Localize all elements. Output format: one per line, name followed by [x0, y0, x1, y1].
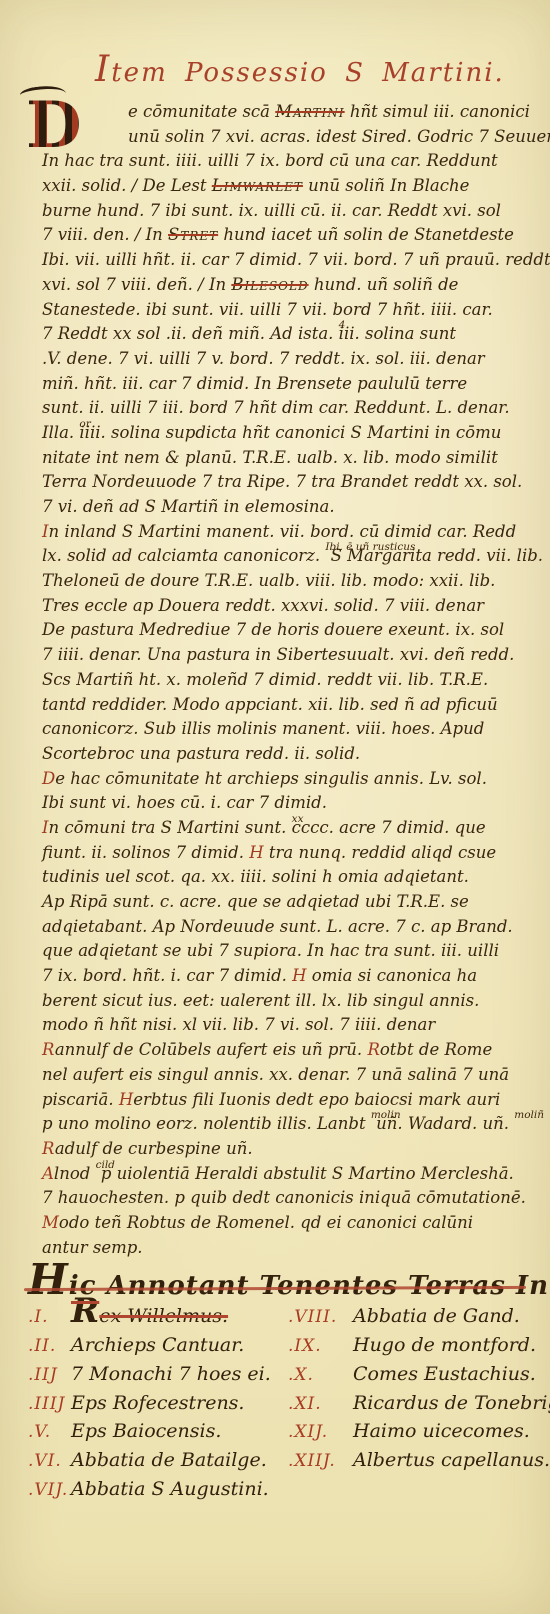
- rubricated-initial: H: [119, 1090, 133, 1109]
- text-run: modo ñ hñt nisi. xl vii. lib. 7 vi. sol.…: [42, 1015, 435, 1034]
- rubric-heading: Item Possessio S Martini.: [95, 50, 505, 90]
- manuscript-line: Stanestede. ibi sunt. vii. uilli 7 vii. …: [42, 298, 542, 323]
- rubricated-initial: H: [292, 966, 306, 985]
- text-run: unū soliñ In Blache: [303, 176, 469, 195]
- tenant-number: .XIIJ.: [288, 1452, 348, 1472]
- text-run: Illa.: [42, 423, 79, 442]
- manuscript-line: p uno molino eorz. nolentib illis. Lanbt…: [42, 1112, 542, 1137]
- text-run: e hac cōmunitate ht archieps singulis an…: [55, 769, 487, 788]
- manuscript-line: Rannulf de Colūbels aufert eis uñ prū. R…: [42, 1038, 542, 1063]
- text-run: cccc. acre 7 dimid. que: [292, 818, 486, 837]
- tenant-name: Ricardus de Tonebrige.: [353, 1393, 550, 1415]
- manuscript-line: In hac tra sunt. iiii. uilli 7 ix. bord …: [42, 149, 542, 174]
- text-run: p uiolentiā Heraldi abstulit S Martino M…: [96, 1164, 514, 1183]
- manuscript-line: que adqietant se ubi 7 supiora. In hac t…: [42, 939, 542, 964]
- large-initial: R: [71, 1291, 99, 1331]
- manuscript-line: unū solin 7 xvi. acras. idest Sired. God…: [128, 125, 542, 150]
- manuscript-line: 7 viii. den. / In Stret hund iacet uñ so…: [42, 223, 542, 248]
- text-run: Ibi. vii. uilli hñt. ii. car 7 dimid. 7 …: [42, 250, 550, 269]
- text-run: hund. uñ soliñ de: [309, 275, 459, 294]
- tenant-number: .IIIJ: [28, 1395, 66, 1415]
- text-run: Ap Ripā sunt. c. acre. que se adqietad u…: [42, 892, 469, 911]
- tenant-number: .IIJ: [28, 1366, 66, 1386]
- text-run: fiunt. ii. solinos 7 dimid.: [42, 843, 249, 862]
- text-run: n cōmuni tra S Martini sunt.: [49, 818, 292, 837]
- manuscript-line: berent sicut ius. eet: ualerent ill. lx.…: [42, 989, 542, 1014]
- text-run: burne hund. 7 ibi sunt. ix. uilli cū. ii…: [42, 201, 501, 220]
- text-run: e cōmunitate scā: [128, 102, 275, 121]
- manuscript-line: In inland S Martini manent. vii. bord. c…: [42, 520, 542, 545]
- manuscript-line: Tres eccle ap Douera reddt. xxxvi. solid…: [42, 594, 542, 619]
- tenant-name: Eps Baiocensis.: [71, 1421, 283, 1443]
- manuscript-line: e cōmunitate scā Martini hñt simul iii. …: [128, 100, 542, 125]
- text-run: xvi. sol 7 viii. deñ. / In: [42, 275, 231, 294]
- tenant-name: Abbatia de Batailge.: [71, 1450, 283, 1472]
- manuscript-line: Scortebroc una pastura redd. ii. solid.: [42, 742, 542, 767]
- manuscript-line: 7 Reddt xx sol .ii. deñ miñ. Ad ista. 4i…: [42, 322, 542, 347]
- tenant-number: .VIJ.: [28, 1481, 66, 1501]
- manuscript-line: Ap Ripā sunt. c. acre. que se adqietad u…: [42, 890, 542, 915]
- text-run: nel aufert eis singul annis. xx. denar. …: [42, 1065, 509, 1084]
- tenant-name: Albertus capellanus.: [353, 1450, 550, 1472]
- tenant-name: Eps Rofecestrens.: [71, 1393, 283, 1415]
- manuscript-line: 7 vi. deñ ad S Martiñ in elemosina.: [42, 495, 542, 520]
- text-run: Theloneū de doure T.R.E. ualb. viii. lib…: [42, 571, 495, 590]
- text-run: miñ. hñt. iii. car 7 dimid. In Brensete …: [42, 374, 467, 393]
- text-run: annulf de Colūbels aufert eis uñ prū.: [55, 1040, 368, 1059]
- manuscript-line: fiunt. ii. solinos 7 dimid. H tra nunq. …: [42, 841, 542, 866]
- manuscript-line: In cōmuni tra S Martini sunt. xxcccc. ac…: [42, 816, 542, 841]
- manuscript-line: modo ñ hñt nisi. xl vii. lib. 7 vi. sol.…: [42, 1013, 542, 1038]
- manuscript-line: 7 ix. bord. hñt. i. car 7 dimid. H omia …: [42, 964, 542, 989]
- text-run: hund iacet uñ solin de Stanetdeste: [218, 225, 514, 244]
- manuscript-line: piscariā. Herbtus fili Iuonis dedt epo b…: [42, 1088, 542, 1113]
- text-run: adqietabant. Ap Nordeuude sunt. L. acre.…: [42, 917, 513, 936]
- text-run: que adqietant se ubi 7 supiora. In hac t…: [42, 941, 499, 960]
- text-run: 7 iiii. denar. Una pastura in Sibertesuu…: [42, 645, 514, 664]
- text-run: tra nunq. reddid aliqd csue: [264, 843, 497, 862]
- text-run: lnod: [54, 1164, 96, 1183]
- manuscript-line: canonicorz. Sub illis molinis manent. vi…: [42, 717, 542, 742]
- tenant-number: .XIJ.: [288, 1423, 348, 1443]
- tenant-name: 7 Monachi 7 hoes ei.: [71, 1364, 283, 1386]
- manuscript-line: burne hund. 7 ibi sunt. ix. uilli cū. ii…: [42, 199, 542, 224]
- tenant-number: .I.: [28, 1308, 66, 1328]
- struck-place-name: Bilesold: [231, 275, 308, 294]
- manuscript-line: adqietabant. Ap Nordeuude sunt. L. acre.…: [42, 915, 542, 940]
- struck-place-name: Limwarlet: [212, 176, 303, 195]
- rubricated-initial: R: [367, 1040, 379, 1059]
- text-run: 7 viii. den. / In: [42, 225, 168, 244]
- tenant-number: .VI.: [28, 1452, 66, 1472]
- rubricated-initial: M: [42, 1213, 59, 1232]
- manuscript-line: De pastura Medrediue 7 de horis douere e…: [42, 618, 542, 643]
- tenant-name: Hugo de montford.: [353, 1335, 550, 1357]
- rubricated-initial: R: [42, 1040, 55, 1059]
- text-run: Terra Nordeuuode 7 tra Ripe. 7 tra Brand…: [42, 472, 522, 491]
- manuscript-line: Ibi. vii. uilli hñt. ii. car 7 dimid. 7 …: [42, 248, 542, 273]
- tenant-name: Haimo uicecomes.: [353, 1421, 550, 1443]
- text-run: omia si canonica ha: [307, 966, 478, 985]
- tenant-number: .IX.: [288, 1337, 348, 1357]
- text-run: canonicorz. Sub illis molinis manent. vi…: [42, 719, 484, 738]
- manuscript-line: xvi. sol 7 viii. deñ. / In Bilesold hund…: [42, 273, 542, 298]
- manuscript-line: Radulf de curbespine uñ.: [42, 1137, 542, 1162]
- text-run: 7 Reddt xx sol .ii. deñ miñ. Ad ista.: [42, 324, 339, 343]
- text-run: sunt. ii. uilli 7 iii. bord 7 hñt dim ca…: [42, 398, 510, 417]
- manuscript-line: Theloneū de doure T.R.E. ualb. viii. lib…: [42, 569, 542, 594]
- manuscript-line: nel aufert eis singul annis. xx. denar. …: [42, 1063, 542, 1088]
- rubricated-initial: R: [42, 1139, 55, 1158]
- text-run: Stanestede. ibi sunt. vii. uilli 7 vii. …: [42, 300, 493, 319]
- text-run: iiii. solina supdicta hñt canonici S Mar…: [79, 423, 501, 442]
- text-run: Scortebroc una pastura redd. ii. solid.: [42, 744, 360, 763]
- tenant-number: .X.: [288, 1366, 348, 1386]
- tenant-number: .XI.: [288, 1395, 348, 1415]
- tenant-number: .V.: [28, 1423, 66, 1443]
- tenant-name: Abbatia S Augustini.: [71, 1479, 283, 1501]
- manuscript-line: tudinis uel scot. qa. xx. iiii. solini h…: [42, 865, 542, 890]
- tenant-number: .II.: [28, 1337, 66, 1357]
- text-run: 7 ix. bord. hñt. i. car 7 dimid.: [42, 966, 292, 985]
- text-run: In hac tra sunt. iiii. uilli 7 ix. bord …: [42, 151, 498, 170]
- text-run: antur semp.: [42, 1238, 143, 1257]
- rubricated-initial: A: [42, 1164, 54, 1183]
- text-run: 7 hauochesten. p quib dedt canonicis ini…: [42, 1188, 526, 1207]
- manuscript-line: lx. solid ad calciamta canonicorz. Ibi. …: [42, 544, 542, 569]
- text-run: p uno molino eorz. nolentib illis. Lanbt: [42, 1114, 371, 1133]
- manuscript-line: Scs Martiñ ht. x. moleñd 7 dimid. reddt …: [42, 668, 542, 693]
- text-run: Tres eccle ap Douera reddt. xxxvi. solid…: [42, 596, 484, 615]
- manuscript-line: nitate int nem & planū. T.R.E. ualb. x. …: [42, 446, 542, 471]
- struck-place-name: Martini: [275, 102, 344, 121]
- tenant-name: Abbatia de Gand.: [353, 1306, 550, 1328]
- text-run: adulf de curbespine uñ.: [55, 1139, 253, 1158]
- manuscript-line: De hac cōmunitate ht archieps singulis a…: [42, 767, 542, 792]
- manuscript-line: sunt. ii. uilli 7 iii. bord 7 hñt dim ca…: [42, 396, 542, 421]
- section-heading: Hic Annotant Tenentes Terras In Chent.: [28, 1256, 533, 1304]
- text-run: tudinis uel scot. qa. xx. iiii. solini h…: [42, 867, 469, 886]
- text-run: otbt de Rome: [380, 1040, 492, 1059]
- manuscript-line: Terra Nordeuuode 7 tra Ripe. 7 tra Brand…: [42, 470, 542, 495]
- manuscript-line: miñ. hñt. iii. car 7 dimid. In Brensete …: [42, 372, 542, 397]
- text-run: .V. dene. 7 vi. uilli 7 v. bord. 7 reddt…: [42, 349, 485, 368]
- tenant-name: Comes Eustachius.: [353, 1364, 550, 1386]
- text-run: erbtus fili Iuonis dedt epo baiocsi mark…: [133, 1090, 500, 1109]
- text-run: berent sicut ius. eet: ualerent ill. lx.…: [42, 991, 479, 1010]
- text-run: unū solin 7 xvi. acras. idest Sired. God…: [128, 127, 550, 146]
- text-run: lx. solid ad calciamta canonicorz.: [42, 546, 325, 565]
- manuscript-page: Item Possessio S Martini. D e cōmunitate…: [0, 0, 550, 1614]
- manuscript-line: 7 iiii. denar. Una pastura in Sibertesuu…: [42, 643, 542, 668]
- manuscript-line: Modo teñ Robtus de Romenel. qd ei canoni…: [42, 1211, 542, 1236]
- text-run: iii. solina sunt: [339, 324, 456, 343]
- manuscript-line: .V. dene. 7 vi. uilli 7 v. bord. 7 reddt…: [42, 347, 542, 372]
- manuscript-line: Illa. oriiii. solina supdicta hñt canoni…: [42, 421, 542, 446]
- manuscript-line: xxii. solid. / De Lest Limwarlet unū sol…: [42, 174, 542, 199]
- text-run: 7 vi. deñ ad S Martiñ in elemosina.: [42, 497, 335, 516]
- tenant-number: .VIII.: [288, 1308, 348, 1328]
- text-run: xxii. solid. / De Lest: [42, 176, 212, 195]
- rubricated-initial: H: [249, 843, 263, 862]
- manuscript-line: tantd reddider. Modo appciant. xii. lib.…: [42, 693, 542, 718]
- text-run: odo teñ Robtus de Romenel. qd ei canonic…: [59, 1213, 473, 1232]
- text-run: De pastura Medrediue 7 de horis douere e…: [42, 620, 504, 639]
- manuscript-line: 7 hauochesten. p quib dedt canonicis ini…: [42, 1186, 542, 1211]
- struck-place-name: Stret: [168, 225, 218, 244]
- manuscript-line: Alnod cild p uiolentiā Heraldi abstulit …: [42, 1162, 542, 1187]
- text-run: n inland S Martini manent. vii. bord. cū…: [49, 522, 517, 541]
- text-run: tantd reddider. Modo appciant. xii. lib.…: [42, 695, 498, 714]
- text-run: Ibi sunt vi. hoes cū. i. car 7 dimid.: [42, 793, 327, 812]
- text-run: Scs Martiñ ht. x. moleñd 7 dimid. reddt …: [42, 670, 488, 689]
- text-run: piscariā.: [42, 1090, 119, 1109]
- text-run: hñt simul iii. canonici: [345, 102, 530, 121]
- body-text: e cōmunitate scā Martini hñt simul iii. …: [42, 100, 542, 1260]
- tenants-list: .I.Rex Willelmus..VIII.Abbatia de Gand..…: [28, 1306, 543, 1501]
- tenant-name: Archieps Cantuar.: [71, 1335, 283, 1357]
- rubricated-initial: D: [42, 769, 55, 788]
- text-run: nitate int nem & planū. T.R.E. ualb. x. …: [42, 448, 498, 467]
- tenant-name: Rex Willelmus.: [71, 1306, 283, 1328]
